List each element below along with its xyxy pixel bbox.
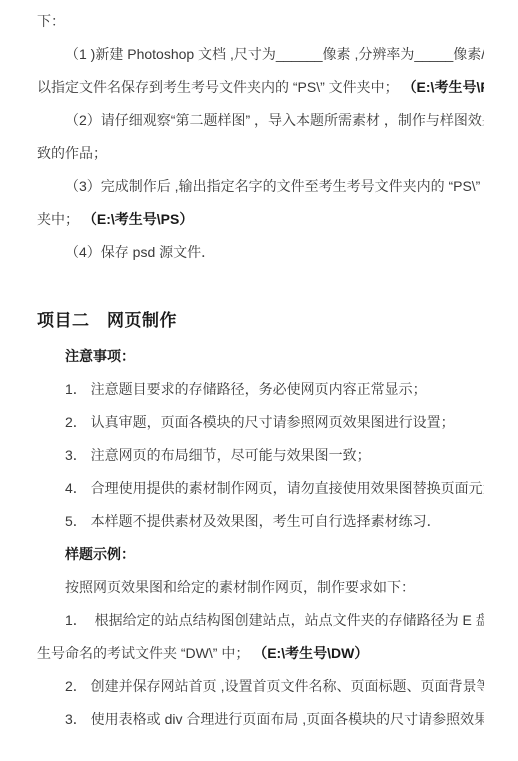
list-item: 1． 根据给定的站点结构图创建站点，站点文件夹的存储路径为 E 盘以考 [37, 604, 484, 637]
text-span: （3）完成制作后 ,输出指定名字的文件至考生考号文件夹内的 “PS\” 文件 [65, 178, 484, 194]
section-heading: 项目二 网页制作 [37, 302, 484, 340]
paragraph-line: 按照网页效果图和给定的素材制作网页，制作要求如下： [37, 571, 484, 604]
paragraph-line: （4）保存 psd 源文件． [37, 236, 484, 269]
text-span: 下： [37, 13, 65, 29]
bold-text: （E:\考生号\DW） [253, 645, 368, 661]
bold-text: 样题示例： [65, 546, 135, 562]
text-span: 3． 使用表格或 div 合理进行页面布局 ,页面各模块的尺寸请参照效果图进 [65, 711, 484, 727]
subsection-label-notes: 注意事项： [37, 340, 484, 373]
list-item: 4． 合理使用提供的素材制作网页，请勿直接使用效果图替换页面元素； [37, 472, 484, 505]
text-span: 2． 认真审题，页面各模块的尺寸请参照网页效果图进行设置； [65, 414, 455, 430]
text-span: 4． 合理使用提供的素材制作网页，请勿直接使用效果图替换页面元素； [65, 480, 484, 496]
paragraph-line: 下： [37, 5, 484, 38]
list-item: 5． 本样题不提供素材及效果图，考生可自行选择素材练习． [37, 505, 484, 538]
bold-text: 项目二 网页制作 [37, 311, 177, 330]
text-span: （4）保存 psd 源文件． [65, 244, 215, 260]
text-span: 按照网页效果图和给定的素材制作网页，制作要求如下： [65, 579, 415, 595]
subsection-label-sample: 样题示例： [37, 538, 484, 571]
paragraph-line: 夹中； （E:\考生号\PS） [37, 203, 484, 236]
text-span: 3． 注意网页的布局细节，尽可能与效果图一致； [65, 447, 371, 463]
text-span: 生号命名的考试文件夹 “DW\” 中； [37, 645, 253, 661]
paragraph-line: 生号命名的考试文件夹 “DW\” 中； （E:\考生号\DW） [37, 637, 484, 670]
text-span: 5． 本样题不提供素材及效果图，考生可自行选择素材练习． [65, 513, 441, 529]
list-item: 3． 使用表格或 div 合理进行页面布局 ,页面各模块的尺寸请参照效果图进 [37, 703, 484, 736]
text-span: 2． 创建并保存网站首页 ,设置首页文件名称、页面标题、页面背景等属性； [65, 678, 484, 694]
text-span: （2）请仔细观察“第二题样图” ，导入本题所需素材 ，制作与样图效果一 [65, 112, 484, 128]
text-span: 致的作品； [37, 145, 107, 161]
paragraph-line: （1 )新建 Photoshop 文档 ,尺寸为______像素 ,分辨率为__… [37, 38, 484, 71]
bold-text: 注意事项： [65, 348, 135, 364]
paragraph-line: （2）请仔细观察“第二题样图” ，导入本题所需素材 ，制作与样图效果一 [37, 104, 484, 137]
paragraph-line: 致的作品； [37, 137, 484, 170]
text-span: （1 )新建 Photoshop 文档 ,尺寸为______像素 ,分辨率为__… [65, 46, 484, 62]
list-item: 1． 注意题目要求的存储路径，务必使网页内容正常显示； [37, 373, 484, 406]
list-item: 2． 认真审题，页面各模块的尺寸请参照网页效果图进行设置； [37, 406, 484, 439]
bold-text: （E:\考生号\PS） [83, 211, 193, 227]
text-span: 1． 根据给定的站点结构图创建站点，站点文件夹的存储路径为 E 盘以考 [65, 612, 484, 628]
text-span: 以指定文件名保存到考生考号文件夹内的 “PS\” 文件夹中； [37, 79, 403, 95]
text-span: 夹中； [37, 211, 83, 227]
list-item: 3． 注意网页的布局细节，尽可能与效果图一致； [37, 439, 484, 472]
bold-text: （E:\考生号\PS） [403, 79, 484, 95]
paragraph-line: （3）完成制作后 ,输出指定名字的文件至考生考号文件夹内的 “PS\” 文件 [37, 170, 484, 203]
paragraph-line: 以指定文件名保存到考生考号文件夹内的 “PS\” 文件夹中； （E:\考生号\P… [37, 71, 484, 104]
document-page: 下：（1 )新建 Photoshop 文档 ,尺寸为______像素 ,分辨率为… [0, 0, 518, 761]
list-item: 2． 创建并保存网站首页 ,设置首页文件名称、页面标题、页面背景等属性； [37, 670, 484, 703]
text-span: 1． 注意题目要求的存储路径，务必使网页内容正常显示； [65, 381, 427, 397]
